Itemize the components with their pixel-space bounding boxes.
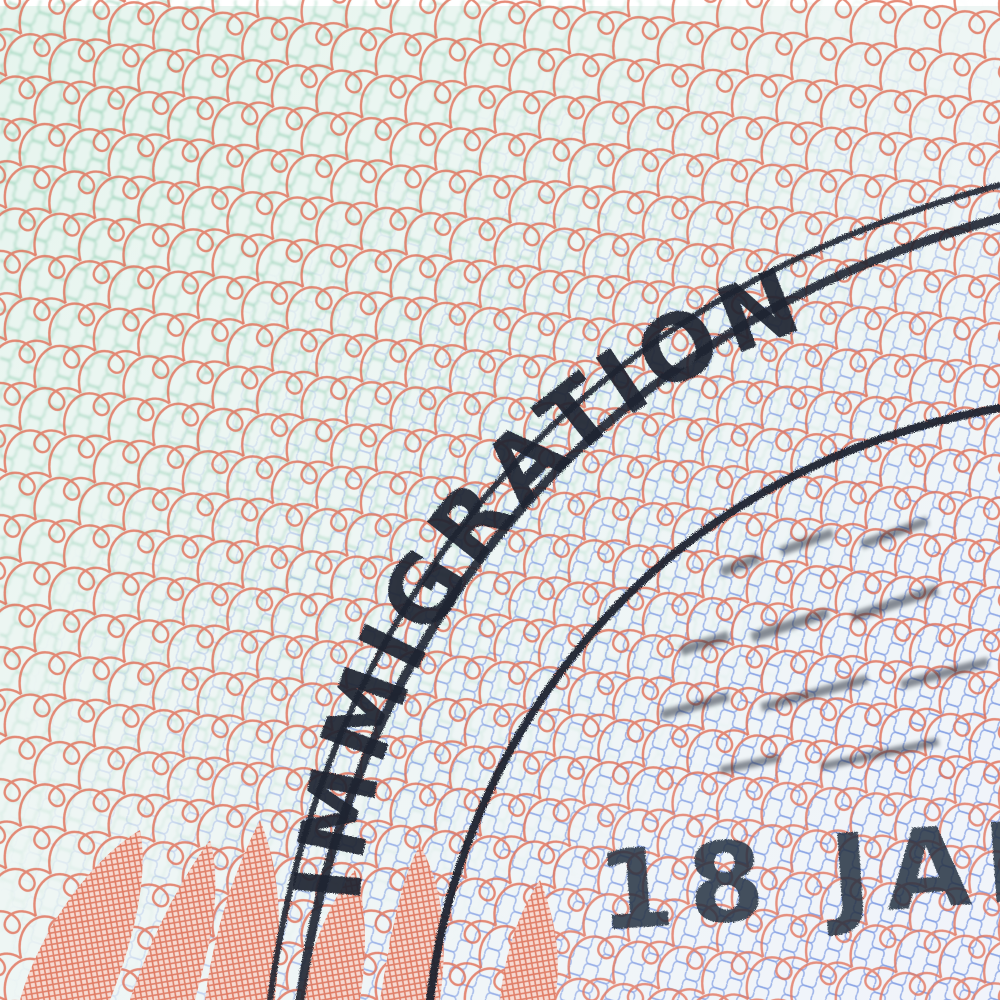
passport-page-photo: IMMIGRATION 18 JAN xyxy=(0,0,1000,1000)
passport-page-scene: IMMIGRATION 18 JAN xyxy=(0,0,1000,1000)
